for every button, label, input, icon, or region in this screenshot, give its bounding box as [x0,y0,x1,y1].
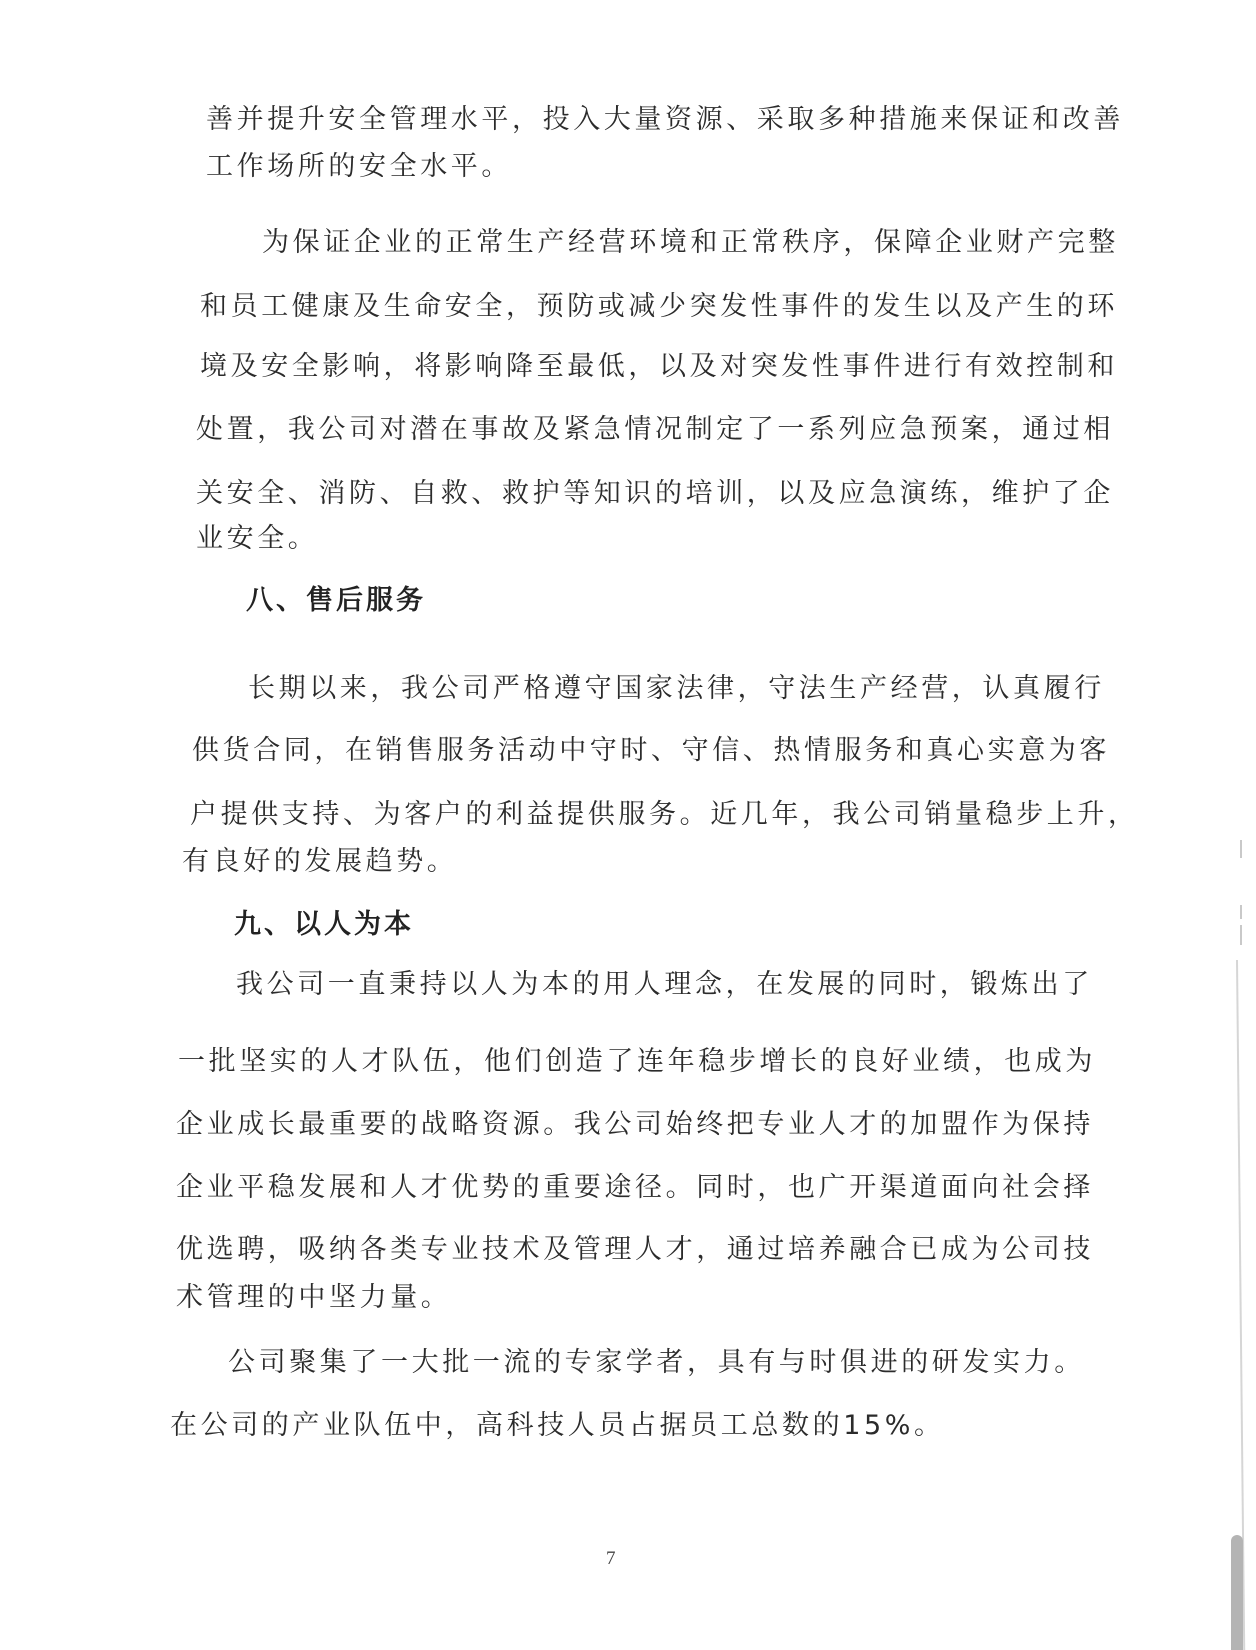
paragraph-line: 长期以来，我公司严格遵守国家法律，守法生产经营，认真履行 [248,672,1105,706]
section-heading-after-sales: 八、售后服务 [246,584,426,618]
paragraph-line: 户提供支持、为客户的利益提供服务。近几年，我公司销量稳步上升， [190,798,1139,832]
section-heading-people-oriented: 九、以人为本 [234,908,414,942]
paragraph-line: 公司聚集了一大批一流的专家学者，具有与时俱进的研发实力。 [228,1346,1085,1380]
paragraph-line: 企业平稳发展和人才优势的重要途径。同时，也广开渠道面向社会择 [176,1171,1094,1205]
paragraph-line: 我公司一直秉持以人为本的用人理念，在发展的同时，锻炼出了 [236,968,1093,1002]
paragraph-line: 供货合同，在销售服务活动中守时、守信、热情服务和真心实意为客 [192,734,1110,768]
scan-artifact [1240,905,1242,919]
paragraph-line: 和员工健康及生命安全，预防或减少突发性事件的发生以及产生的环 [200,290,1118,324]
paragraph-line: 有良好的发展趋势。 [182,845,457,879]
scrollbar-thumb[interactable] [1231,1535,1243,1650]
paragraph-line: 业安全。 [196,522,318,556]
paragraph-line: 境及安全影响，将影响降至最低，以及对突发性事件进行有效控制和 [200,350,1118,384]
page-number: 7 [606,1548,616,1570]
paragraph-line: 为保证企业的正常生产经营环境和正常秩序，保障企业财产完整 [262,226,1119,260]
paragraph-line: 在公司的产业队伍中，高科技人员占据员工总数的15%。 [170,1409,945,1443]
paragraph-line: 一批坚实的人才队伍，他们创造了连年稳步增长的良好业绩，也成为 [178,1045,1096,1079]
scan-artifact [1240,925,1242,945]
paragraph-line: 善并提升安全管理水平，投入大量资源、采取多种措施来保证和改善 [206,103,1124,137]
paragraph-line: 优选聘，吸纳各类专业技术及管理人才，通过培养融合已成为公司技 [176,1233,1094,1267]
document-page: 善并提升安全管理水平，投入大量资源、采取多种措施来保证和改善 工作场所的安全水平… [0,0,1256,1650]
paragraph-line: 处置，我公司对潜在事故及紧急情况制定了一系列应急预案，通过相 [196,413,1114,447]
paragraph-line: 企业成长最重要的战略资源。我公司始终把专业人才的加盟作为保持 [176,1108,1094,1142]
paragraph-line: 关安全、消防、自救、救护等知识的培训，以及应急演练，维护了企 [196,477,1114,511]
scan-artifact [1240,840,1242,858]
paragraph-line: 工作场所的安全水平。 [206,150,512,184]
paragraph-line: 术管理的中坚力量。 [176,1281,451,1315]
